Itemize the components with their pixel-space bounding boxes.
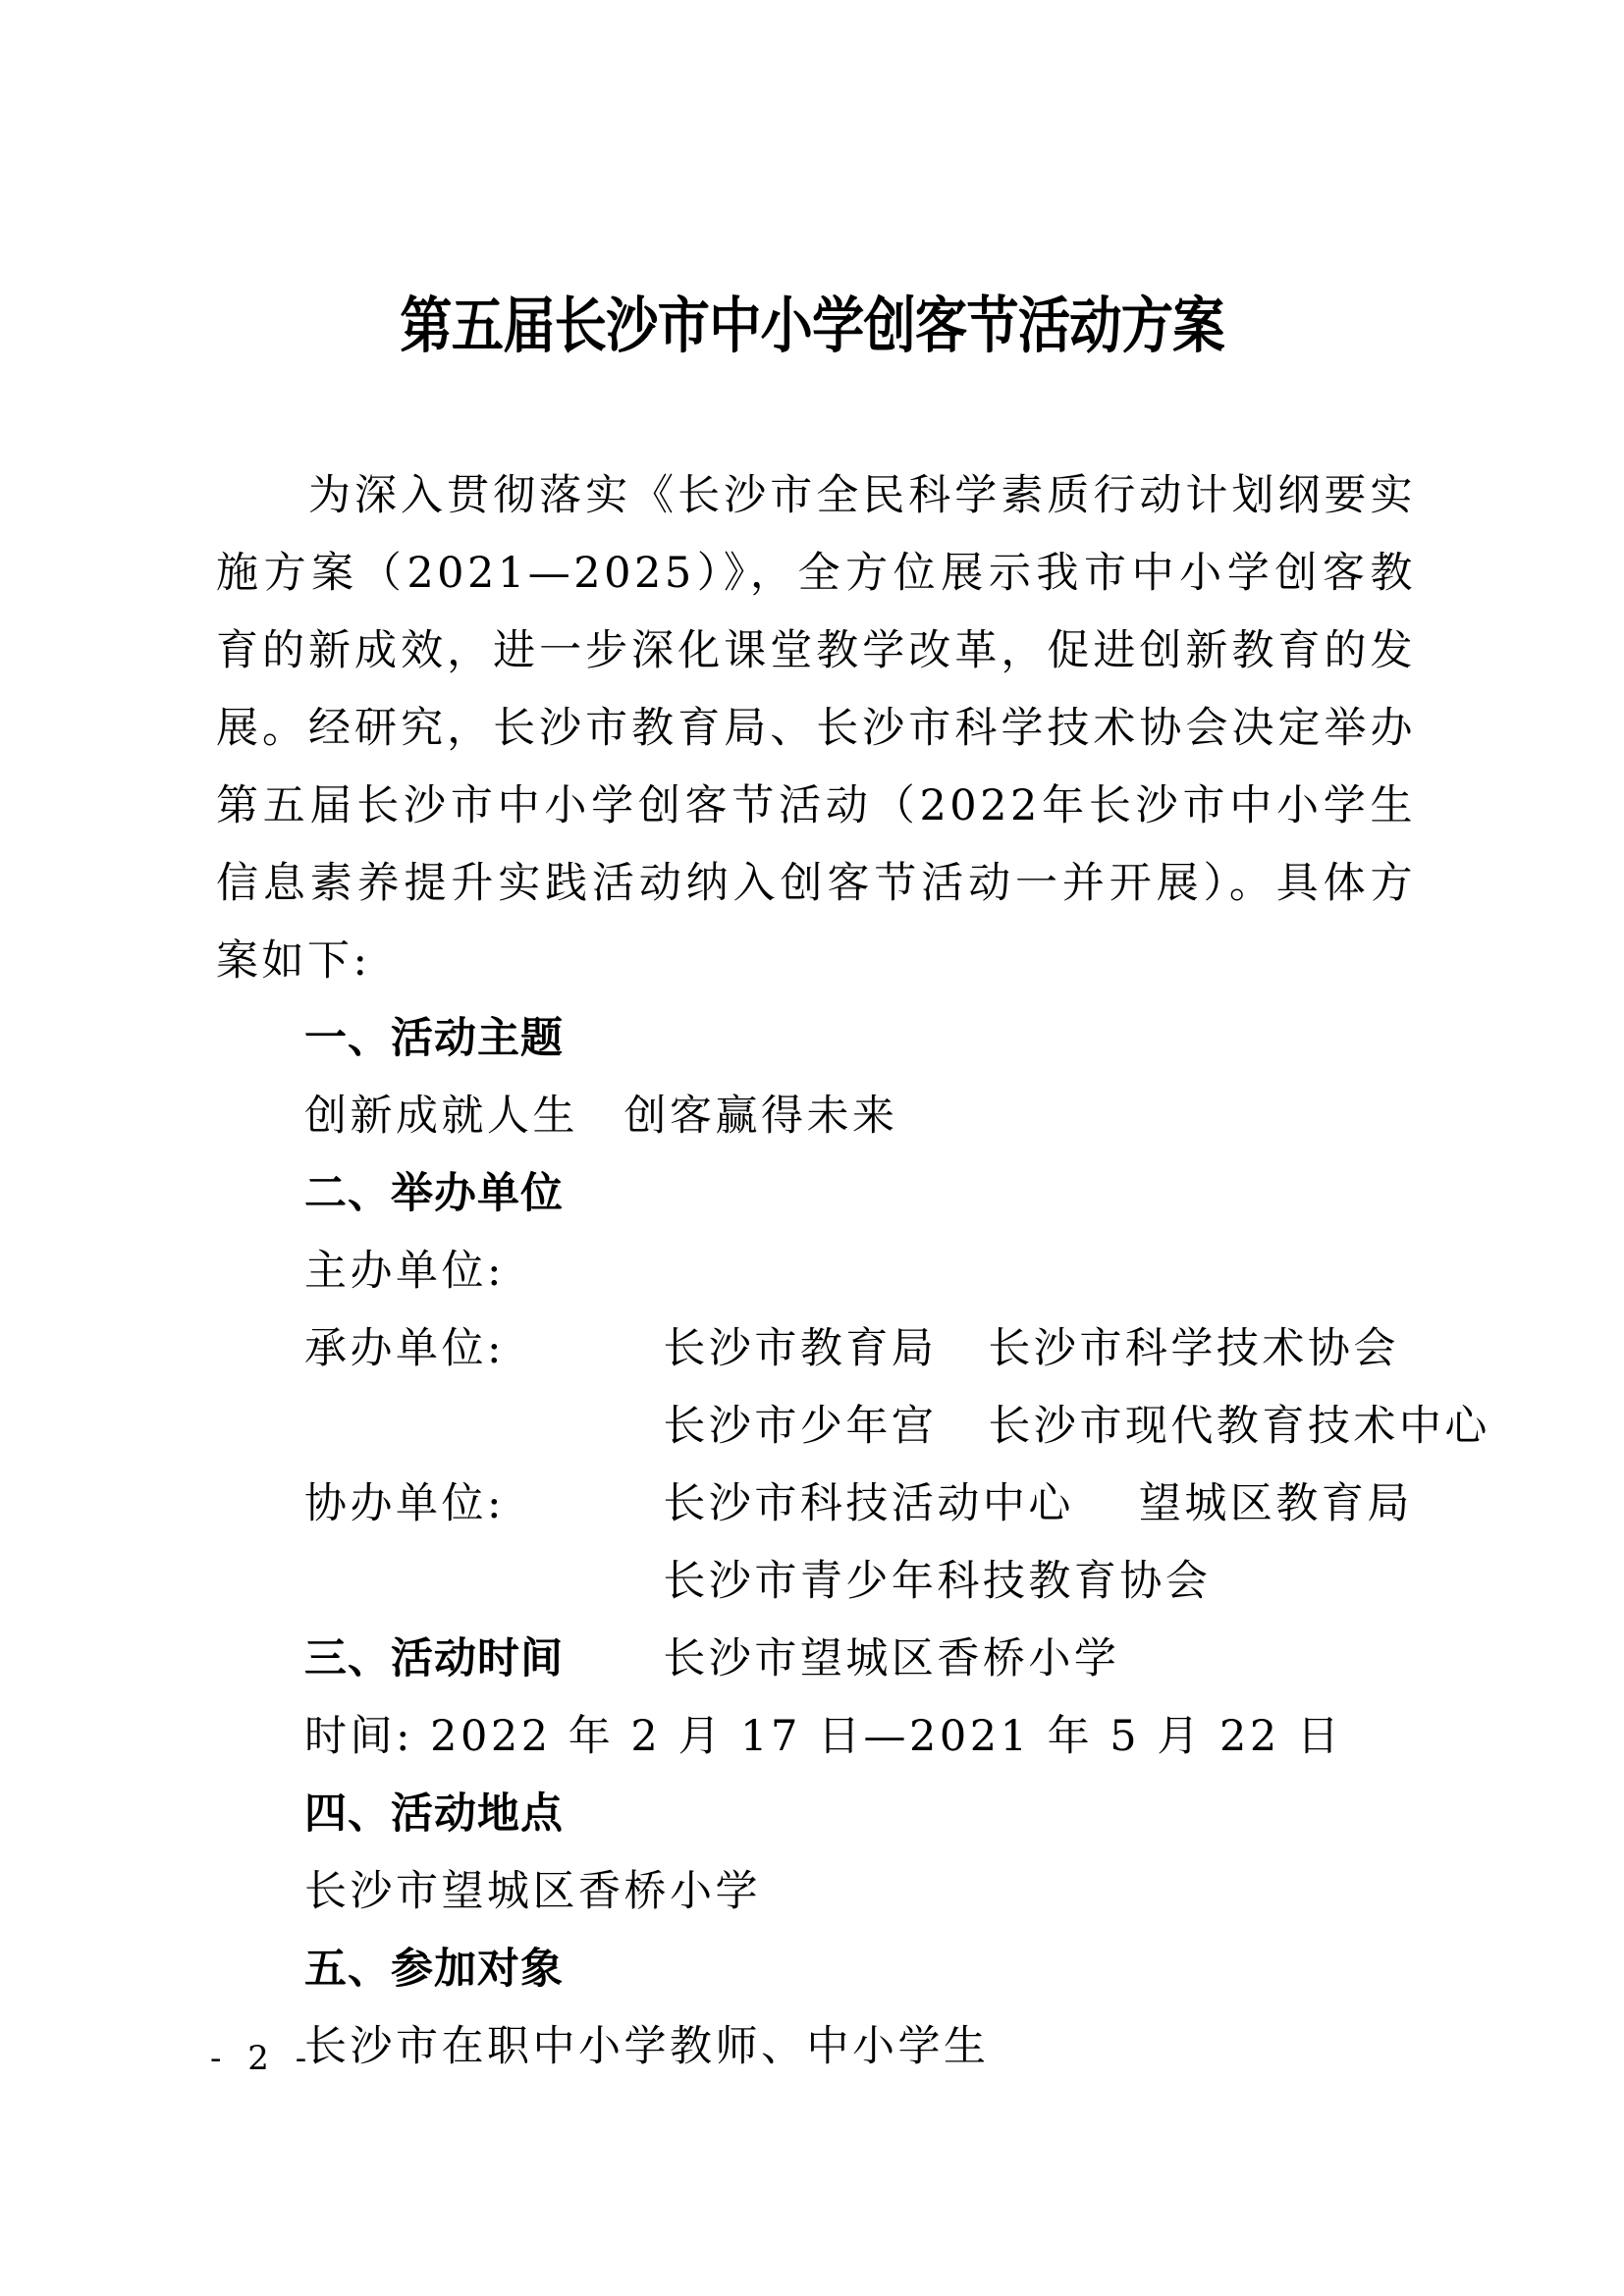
section-content-theme: 创新成就人生 创客赢得未来 — [216, 1078, 1416, 1155]
page-number: - 2 - — [210, 2034, 314, 2083]
organizer-values-undertake-cont: 长沙市科技活动中心望城区教育局 — [528, 1388, 1416, 1466]
document-page: 第五届长沙市中小学创客节活动方案 为深入贯彻落实《长沙市全民科学素质行动计划纲要… — [0, 0, 1624, 2296]
section-content-location: 长沙市望城区香桥小学 — [216, 1853, 1416, 1931]
section-content-time: 时间: 2022 年 2 月 17 日—2021 年 5 月 22 日 — [216, 1698, 1416, 1776]
document-title: 第五届长沙市中小学创客节活动方案 — [114, 291, 1510, 361]
section-heading-organizers: 二、举办单位 — [216, 1155, 1416, 1233]
section-heading-location: 四、活动地点 — [216, 1776, 1416, 1853]
organizer-label-undertake: 承办单位: — [304, 1310, 528, 1388]
organizer-label-host: 主办单位: — [304, 1233, 528, 1310]
organizer-values-host: 长沙市教育局长沙市科学技术协会 — [528, 1233, 1416, 1310]
organizer-row-undertake-cont: 长沙市科技活动中心望城区教育局 — [216, 1388, 1416, 1466]
organizer-label-cohost: 协办单位: — [304, 1466, 528, 1543]
organizer-row-host: 主办单位: 长沙市教育局长沙市科学技术协会 — [216, 1233, 1416, 1310]
organizer-row-undertake: 承办单位: 长沙市少年宫长沙市现代教育技术中心 — [216, 1310, 1416, 1388]
organizer-label-spacer — [304, 1543, 528, 1621]
organizer-values-undertake: 长沙市少年宫长沙市现代教育技术中心 — [528, 1310, 1490, 1388]
section-content-participants: 长沙市在职中小学教师、中小学生 — [216, 2008, 1416, 2086]
organizer-values-cohost: 长沙市青少年科技教育协会 — [528, 1466, 1416, 1543]
document-body: 为深入贯彻落实《长沙市全民科学素质行动计划纲要实施方案（2021—2025）》，… — [216, 457, 1416, 2086]
organizer-label-spacer — [304, 1388, 528, 1466]
intro-paragraph: 为深入贯彻落实《长沙市全民科学素质行动计划纲要实施方案（2021—2025）》，… — [216, 457, 1416, 1000]
organizer-row-cohost: 协办单位: 长沙市青少年科技教育协会 — [216, 1466, 1416, 1543]
organizer-row-cohost-cont: 长沙市望城区香桥小学 — [216, 1543, 1416, 1621]
organizer-values-cohost-cont: 长沙市望城区香桥小学 — [528, 1543, 1416, 1621]
section-heading-theme: 一、活动主题 — [216, 1000, 1416, 1078]
organizer-value: 长沙市望城区香桥小学 — [663, 1634, 1119, 1683]
section-heading-participants: 五、参加对象 — [216, 1931, 1416, 2008]
